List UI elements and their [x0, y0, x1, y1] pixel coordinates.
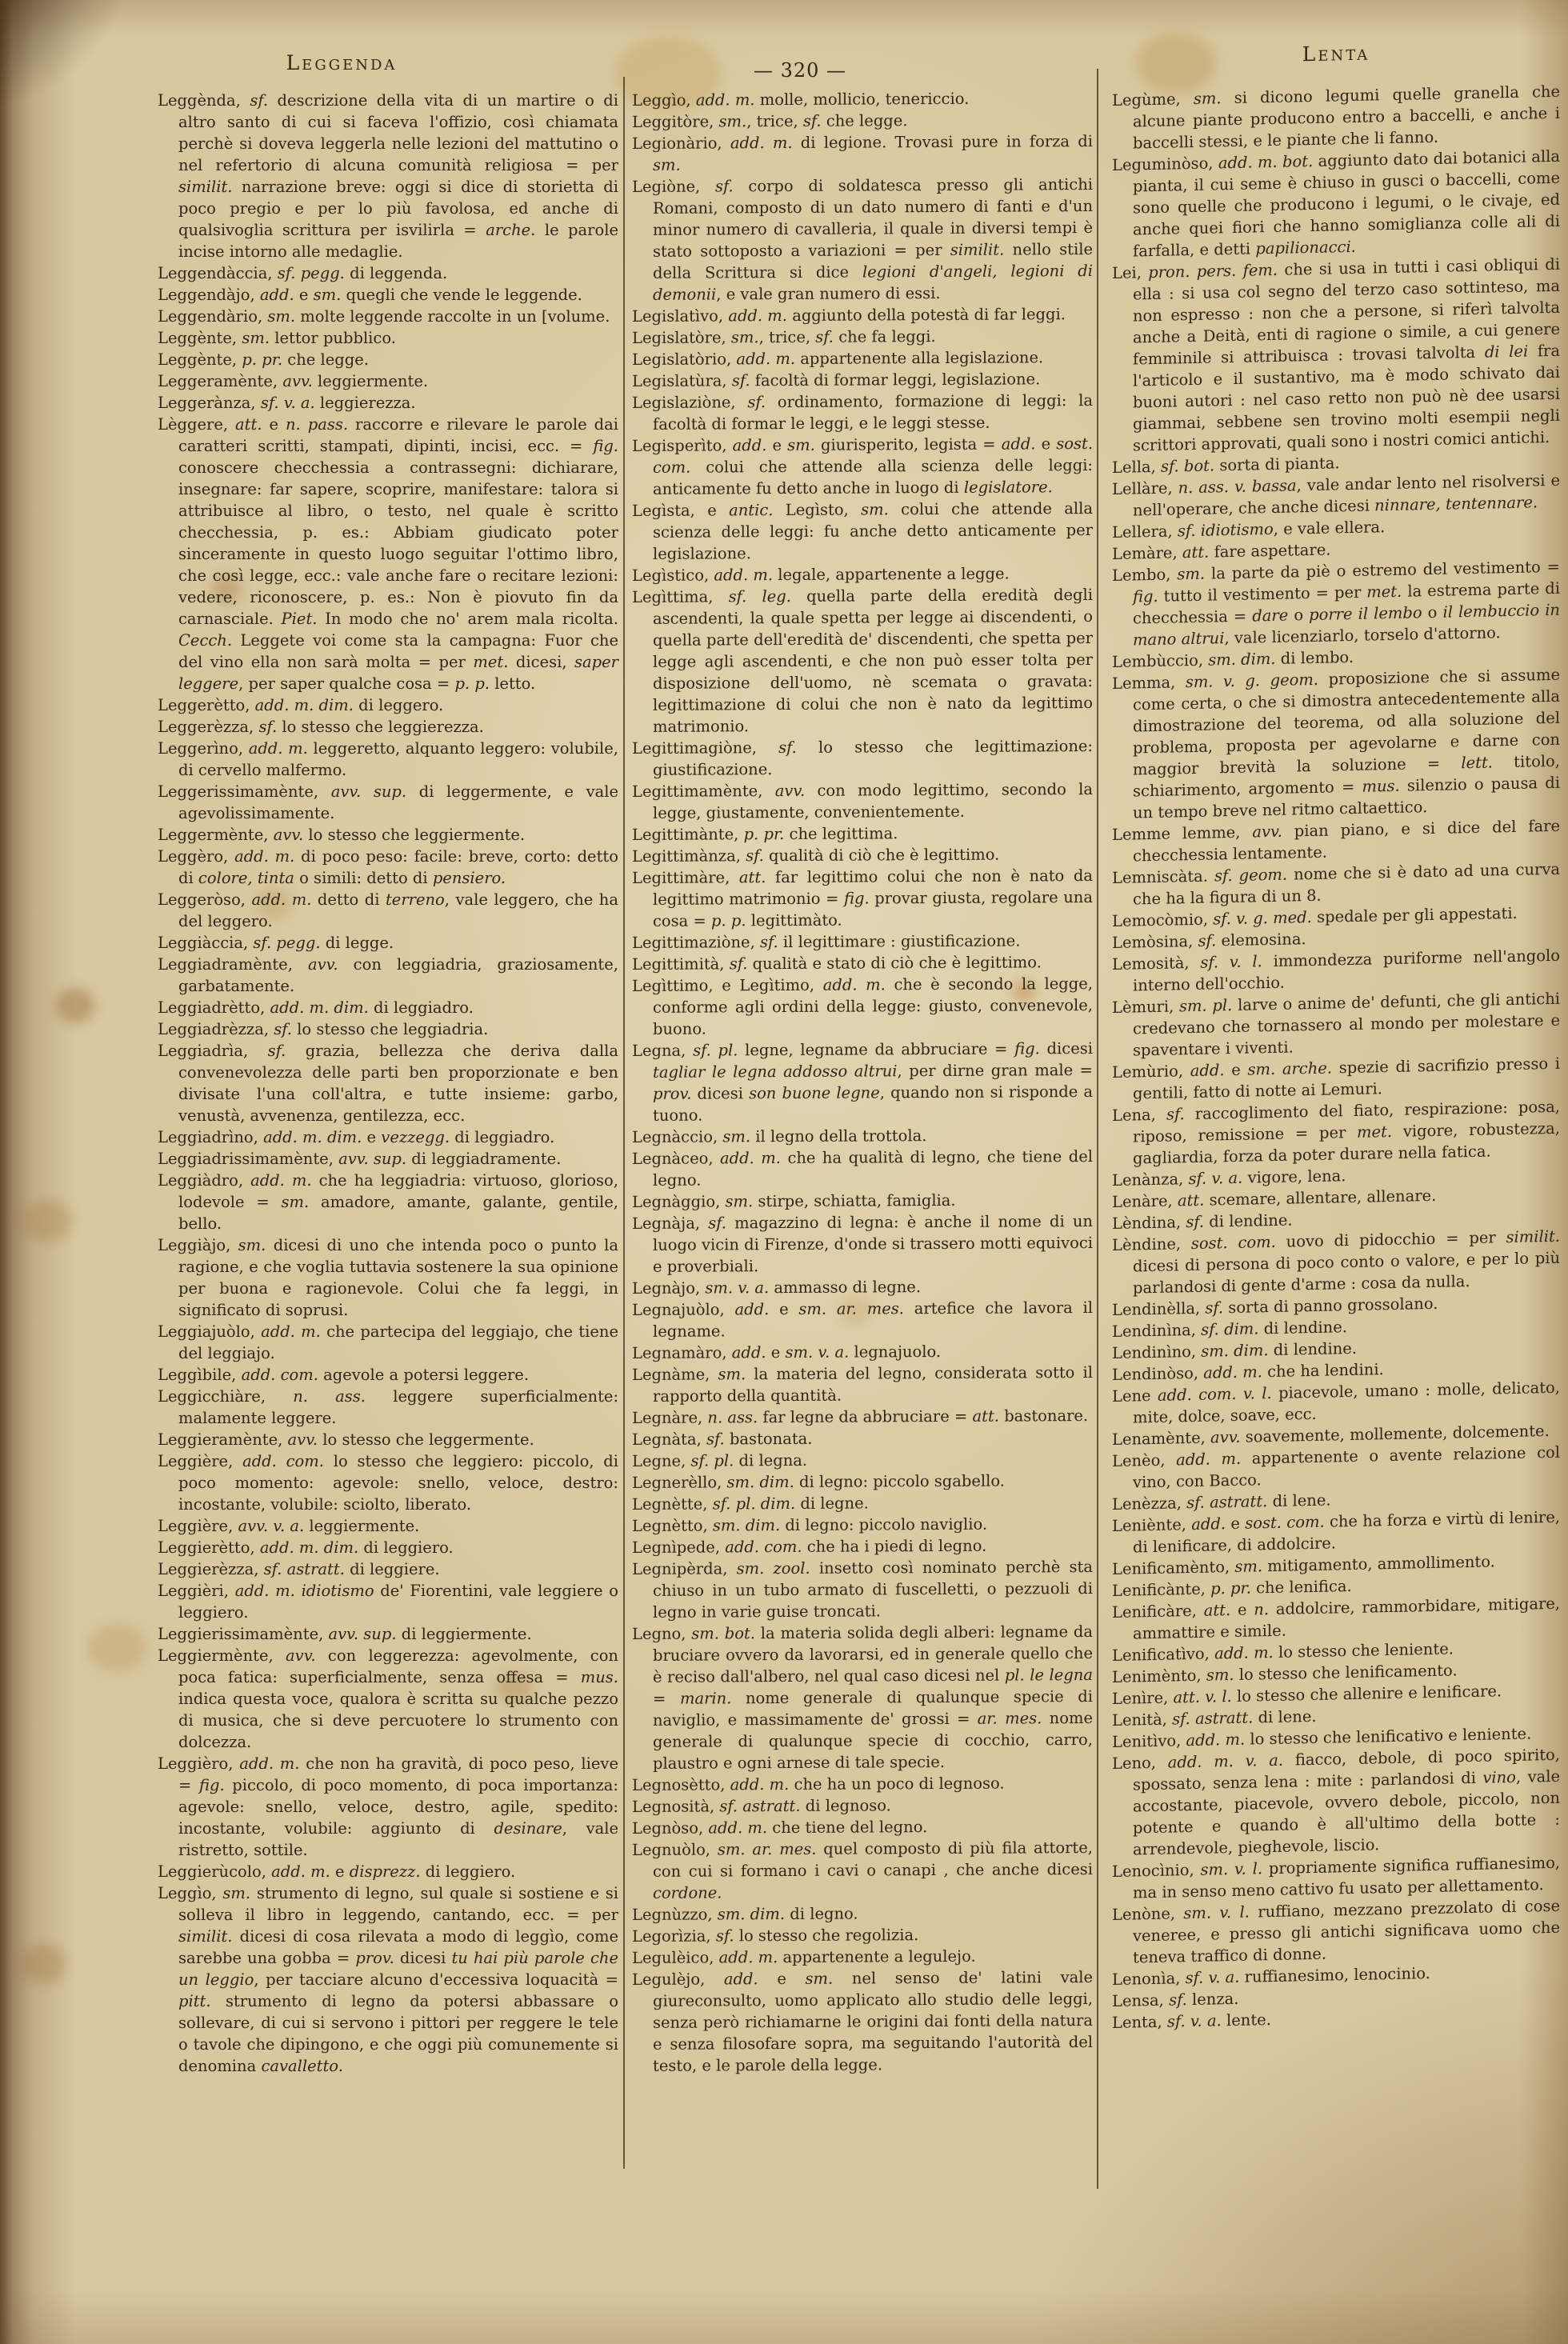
running-head-right: Lenta — [1112, 38, 1560, 70]
dictionary-entry: Leggieramènte, avv. lo stesso che legger… — [158, 1429, 618, 1450]
dictionary-entry: Legnàre, n. ass. far legne da abbruciare… — [632, 1405, 1093, 1429]
dictionary-entry: Leggièri, add. m. idiotismo de' Fiorenti… — [158, 1580, 618, 1623]
dictionary-entry: Leggerìno, add. m. leggeretto, alquanto … — [158, 738, 618, 781]
dictionary-entry: Legittimagiòne, sf. lo stesso che legitt… — [632, 735, 1093, 781]
dictionary-entry: Legnàceo, add. m. che ha qualità di legn… — [632, 1146, 1093, 1191]
dictionary-entry: Leno, add. m. v. a. fiacco, debole, di p… — [1112, 1744, 1560, 1861]
dictionary-entry: Leggiàjo, sm. dicesi di uno che intenda … — [158, 1234, 618, 1321]
dictionary-entry: Legislatòrio, add. m. appartenente alla … — [632, 346, 1093, 370]
dictionary-entry: Lena, sf. raccoglimento del fiato, respi… — [1112, 1096, 1560, 1170]
dictionary-entry: Leggènda, sf. descrizione della vita di … — [158, 90, 618, 262]
dictionary-entry: Leggiadrìno, add. m. dim. e vezzegg. di … — [158, 1126, 618, 1148]
dictionary-entry: Legittimaziòne, sf. il legittimare : giu… — [632, 930, 1093, 954]
dictionary-entry: Leggerèzza, sf. lo stesso che leggierezz… — [158, 716, 618, 738]
dictionary-page: Leggenda — 320 — Lenta Leggènda, sf. des… — [0, 0, 1568, 2344]
dictionary-entry: Legnerèllo, sm. dim. di legno: piccolo s… — [632, 1470, 1093, 1494]
dictionary-entry: Legionàrio, add. m. di legione. Trovasi … — [632, 130, 1093, 176]
dictionary-entry: Legnosètto, add. m. che ha un poco di le… — [632, 1772, 1093, 1796]
dictionary-entry: Legnùzzo, sm. dim. di legno. — [632, 1902, 1093, 1926]
dictionary-entry: Leggìo, sm. strumento di legno, sul qual… — [158, 1882, 618, 2077]
stain — [22, 1944, 66, 1984]
dictionary-entry: Legùme, sm. si dicono legumi quelle gran… — [1112, 81, 1560, 154]
dictionary-entry: Leggeròso, add. m. detto di terreno, val… — [158, 889, 618, 932]
dictionary-entry: Legisperìto, add. e sm. giurisperito, le… — [632, 433, 1093, 500]
page-number: — 320 — — [624, 59, 976, 82]
running-head-left: Leggenda — [158, 51, 526, 74]
dictionary-entry: Legislaziòne, sf. ordinamento, formazion… — [632, 390, 1093, 435]
dictionary-entry: Legnètto, sm. dim. di legno: piccolo nav… — [632, 1513, 1093, 1537]
dictionary-entry: Legittimàre, att. far legittimo colui ch… — [632, 865, 1093, 932]
dictionary-entry: Legittimamènte, avv. con modo legittimo,… — [632, 778, 1093, 824]
dictionary-entry: Lembo, sm. la parte da piè o estremo del… — [1112, 556, 1560, 651]
dictionary-entry: Legnàja, sf. magazzino di legna: è anche… — [632, 1210, 1093, 1278]
dictionary-entry: Legnàme, sm. la materia del legno, consi… — [632, 1362, 1093, 1407]
dictionary-column-2: Leggìo, add. m. molle, mollicio, teneric… — [632, 87, 1093, 2077]
dictionary-entry: Legìttima, sf. leg. quella parte della e… — [632, 584, 1093, 738]
dictionary-entry: Lèmuri, sm. pl. larve o anime de' defunt… — [1112, 988, 1560, 1062]
column-rule-2 — [1097, 69, 1098, 2189]
dictionary-entry: Leggènte, p. pr. che legge. — [158, 349, 618, 370]
dictionary-entry: Legnìpede, add. com. che ha i piedi di l… — [632, 1534, 1093, 1558]
dictionary-entry: Leggeramènte, avv. leggiermente. — [158, 370, 618, 392]
dictionary-entry: Legittimità, sf. qualità e stato di ciò … — [632, 951, 1093, 975]
dictionary-entry: Leggiadrèzza, sf. lo stesso che leggiadr… — [158, 1018, 618, 1040]
dictionary-entry: Lenòne, sm. v. l. ruffiano, mezzano prez… — [1112, 1895, 1560, 1969]
dictionary-entry: Legulèjo, add. e sm. nel senso de' latin… — [632, 1966, 1093, 2077]
dictionary-entry: Leggierèzza, sf. astratt. di leggiere. — [158, 1558, 618, 1580]
dictionary-entry: Legno, sm. bot. la materia solida degli … — [632, 1621, 1093, 1774]
dictionary-entry: Leggière, avv. v. a. leggiermente. — [158, 1515, 618, 1537]
dictionary-entry: Legittimànte, p. pr. che legittima. — [632, 822, 1093, 846]
dictionary-entry: Leggendàjo, add. e sm. quegli che vende … — [158, 284, 618, 306]
column-rule-1 — [623, 77, 625, 2169]
dictionary-entry: Legnajuòlo, add. e sm. ar. mes. artefice… — [632, 1297, 1093, 1342]
dictionary-entry: Leggìo, add. m. molle, mollicio, teneric… — [632, 87, 1093, 111]
dictionary-entry: Leggiadrissimamènte, avv. sup. di leggia… — [158, 1148, 618, 1170]
dictionary-entry: Leggierissimamènte, avv. sup. di leggier… — [158, 1623, 618, 1645]
dictionary-entry: Leggìbile, add. com. agevole a potersi l… — [158, 1364, 618, 1386]
dictionary-entry: Leggierùcolo, add. m. e disprezz. di leg… — [158, 1861, 618, 1882]
stain — [24, 1200, 72, 1242]
dictionary-entry: Leggiajuòlo, add. m. che partecipa del l… — [158, 1321, 618, 1364]
dictionary-entry: Legnamàro, add. e sm. v. a. legnajuolo. — [632, 1340, 1093, 1364]
dictionary-entry: Legnàggio, sm. stirpe, schiatta, famigli… — [632, 1189, 1093, 1213]
dictionary-entry: Leggiadramènte, avv. con leggiadria, gra… — [158, 954, 618, 997]
dictionary-entry: Leggiadrìa, sf. grazia, bellezza che der… — [158, 1040, 618, 1126]
dictionary-entry: Leggièro, add. m. che non ha gravità, di… — [158, 1753, 618, 1861]
dictionary-entry: Legnàccio, sm. il legno della trottola. — [632, 1124, 1093, 1148]
dictionary-entry: Legislatìvo, add. m. aggiunto della pote… — [632, 303, 1093, 327]
dictionary-column-1: Leggènda, sf. descrizione della vita di … — [158, 90, 618, 2077]
dictionary-entry: Leggitòre, sm., trice, sf. che legge. — [632, 109, 1093, 133]
dictionary-entry: Legnòso, add. m. che tiene del legno. — [632, 1815, 1093, 1839]
dictionary-entry: Leggermènte, avv. lo stesso che leggierm… — [158, 824, 618, 846]
dictionary-entry: Legulèico, add. m. appartenente a legule… — [632, 1945, 1093, 1969]
dictionary-entry: Legìstico, add. m. legale, appartenente … — [632, 562, 1093, 586]
dictionary-entry: Leggière, add. com. lo stesso che leggie… — [158, 1450, 618, 1515]
dictionary-entry: Legnosità, sf. astratt. di legnoso. — [632, 1794, 1093, 1818]
dictionary-entry: Leggerissimamènte, avv. sup. di leggerme… — [158, 781, 618, 824]
dictionary-entry: Legnàta, sf. bastonata. — [632, 1426, 1093, 1450]
dictionary-entry: Leggerètto, add. m. dim. di leggero. — [158, 694, 618, 716]
dictionary-entry: Lemma, sm. v. g. geom. proposizione che … — [1112, 664, 1560, 824]
dictionary-entry: Leggènte, sm. lettor pubblico. — [158, 327, 618, 349]
dictionary-entry: Legnàjo, sm. v. a. ammasso di legne. — [632, 1275, 1093, 1299]
dictionary-entry: Legislatòre, sm., trice, sf. che fa legg… — [632, 325, 1093, 349]
stain — [56, 988, 94, 1023]
dictionary-entry: Leggerànza, sf. v. a. leggierezza. — [158, 392, 618, 414]
dictionary-entry: Legìsta, e antic. Legìsto, sm. colui che… — [632, 498, 1093, 565]
dictionary-entry: Leggiadrètto, add. m. dim. di leggiadro. — [158, 997, 618, 1018]
dictionary-entry: Legna, sf. pl. legne, legname da abbruci… — [632, 1038, 1093, 1126]
dictionary-entry: Legìttimo, e Legìtimo, add. m. che è sec… — [632, 973, 1093, 1040]
dictionary-entry: Legnuòlo, sm. ar. mes. quel composto di … — [632, 1837, 1093, 1904]
dictionary-entry: Leggierètto, add. m. dim. di leggiero. — [158, 1537, 618, 1558]
dictionary-entry: Leggicchiàre, n. ass. leggere superficia… — [158, 1386, 618, 1429]
dictionary-column-3: Legùme, sm. si dicono legumi quelle gran… — [1112, 81, 1560, 2034]
dictionary-entry: Legne, sf. pl. di legna. — [632, 1448, 1093, 1472]
dictionary-entry: Leggiermènte, avv. con leggerezza: agevo… — [158, 1645, 618, 1753]
dictionary-entry: Legnipèrda, sm. zool. insetto così nomin… — [632, 1556, 1093, 1623]
dictionary-entry: Legnètte, sf. pl. dim. di legne. — [632, 1491, 1093, 1515]
dictionary-entry: Leggèro, add. m. di poco peso: facile: b… — [158, 846, 618, 889]
dictionary-entry: Leggendàccia, sf. pegg. di leggenda. — [158, 262, 618, 284]
dictionary-entry: Legorìzia, sf. lo stesso che regolizia. — [632, 1923, 1093, 1947]
dictionary-entry: Lèndine, sost. com. uovo di pidocchio = … — [1112, 1226, 1560, 1299]
dictionary-entry: Legiòne, sf. corpo di soldatesca presso … — [632, 174, 1093, 306]
stain — [88, 1624, 146, 1672]
dictionary-entry: Leggendàrio, sm. molte leggende raccolte… — [158, 306, 618, 327]
dictionary-entry: Legittimànza, sf. qualità di ciò che è l… — [632, 843, 1093, 867]
dictionary-entry: Lellàre, n. ass. v. bassa, vale andar le… — [1112, 470, 1560, 522]
dictionary-entry: Leggiàdro, add. m. che ha leggiadria: vi… — [158, 1170, 618, 1234]
dictionary-entry: Leggiàccia, sf. pegg. di legge. — [158, 932, 618, 954]
dictionary-entry: Lèggere, att. e n. pass. raccorre e rile… — [158, 414, 618, 694]
dictionary-entry: Leguminòso, add. m. bot. aggiunto dato d… — [1112, 146, 1560, 262]
dictionary-entry: Lei, pron. pers. fem. che si usa in tutt… — [1112, 254, 1560, 457]
dictionary-entry: Legislatùra, sf. facoltà di formar leggi… — [632, 368, 1093, 392]
